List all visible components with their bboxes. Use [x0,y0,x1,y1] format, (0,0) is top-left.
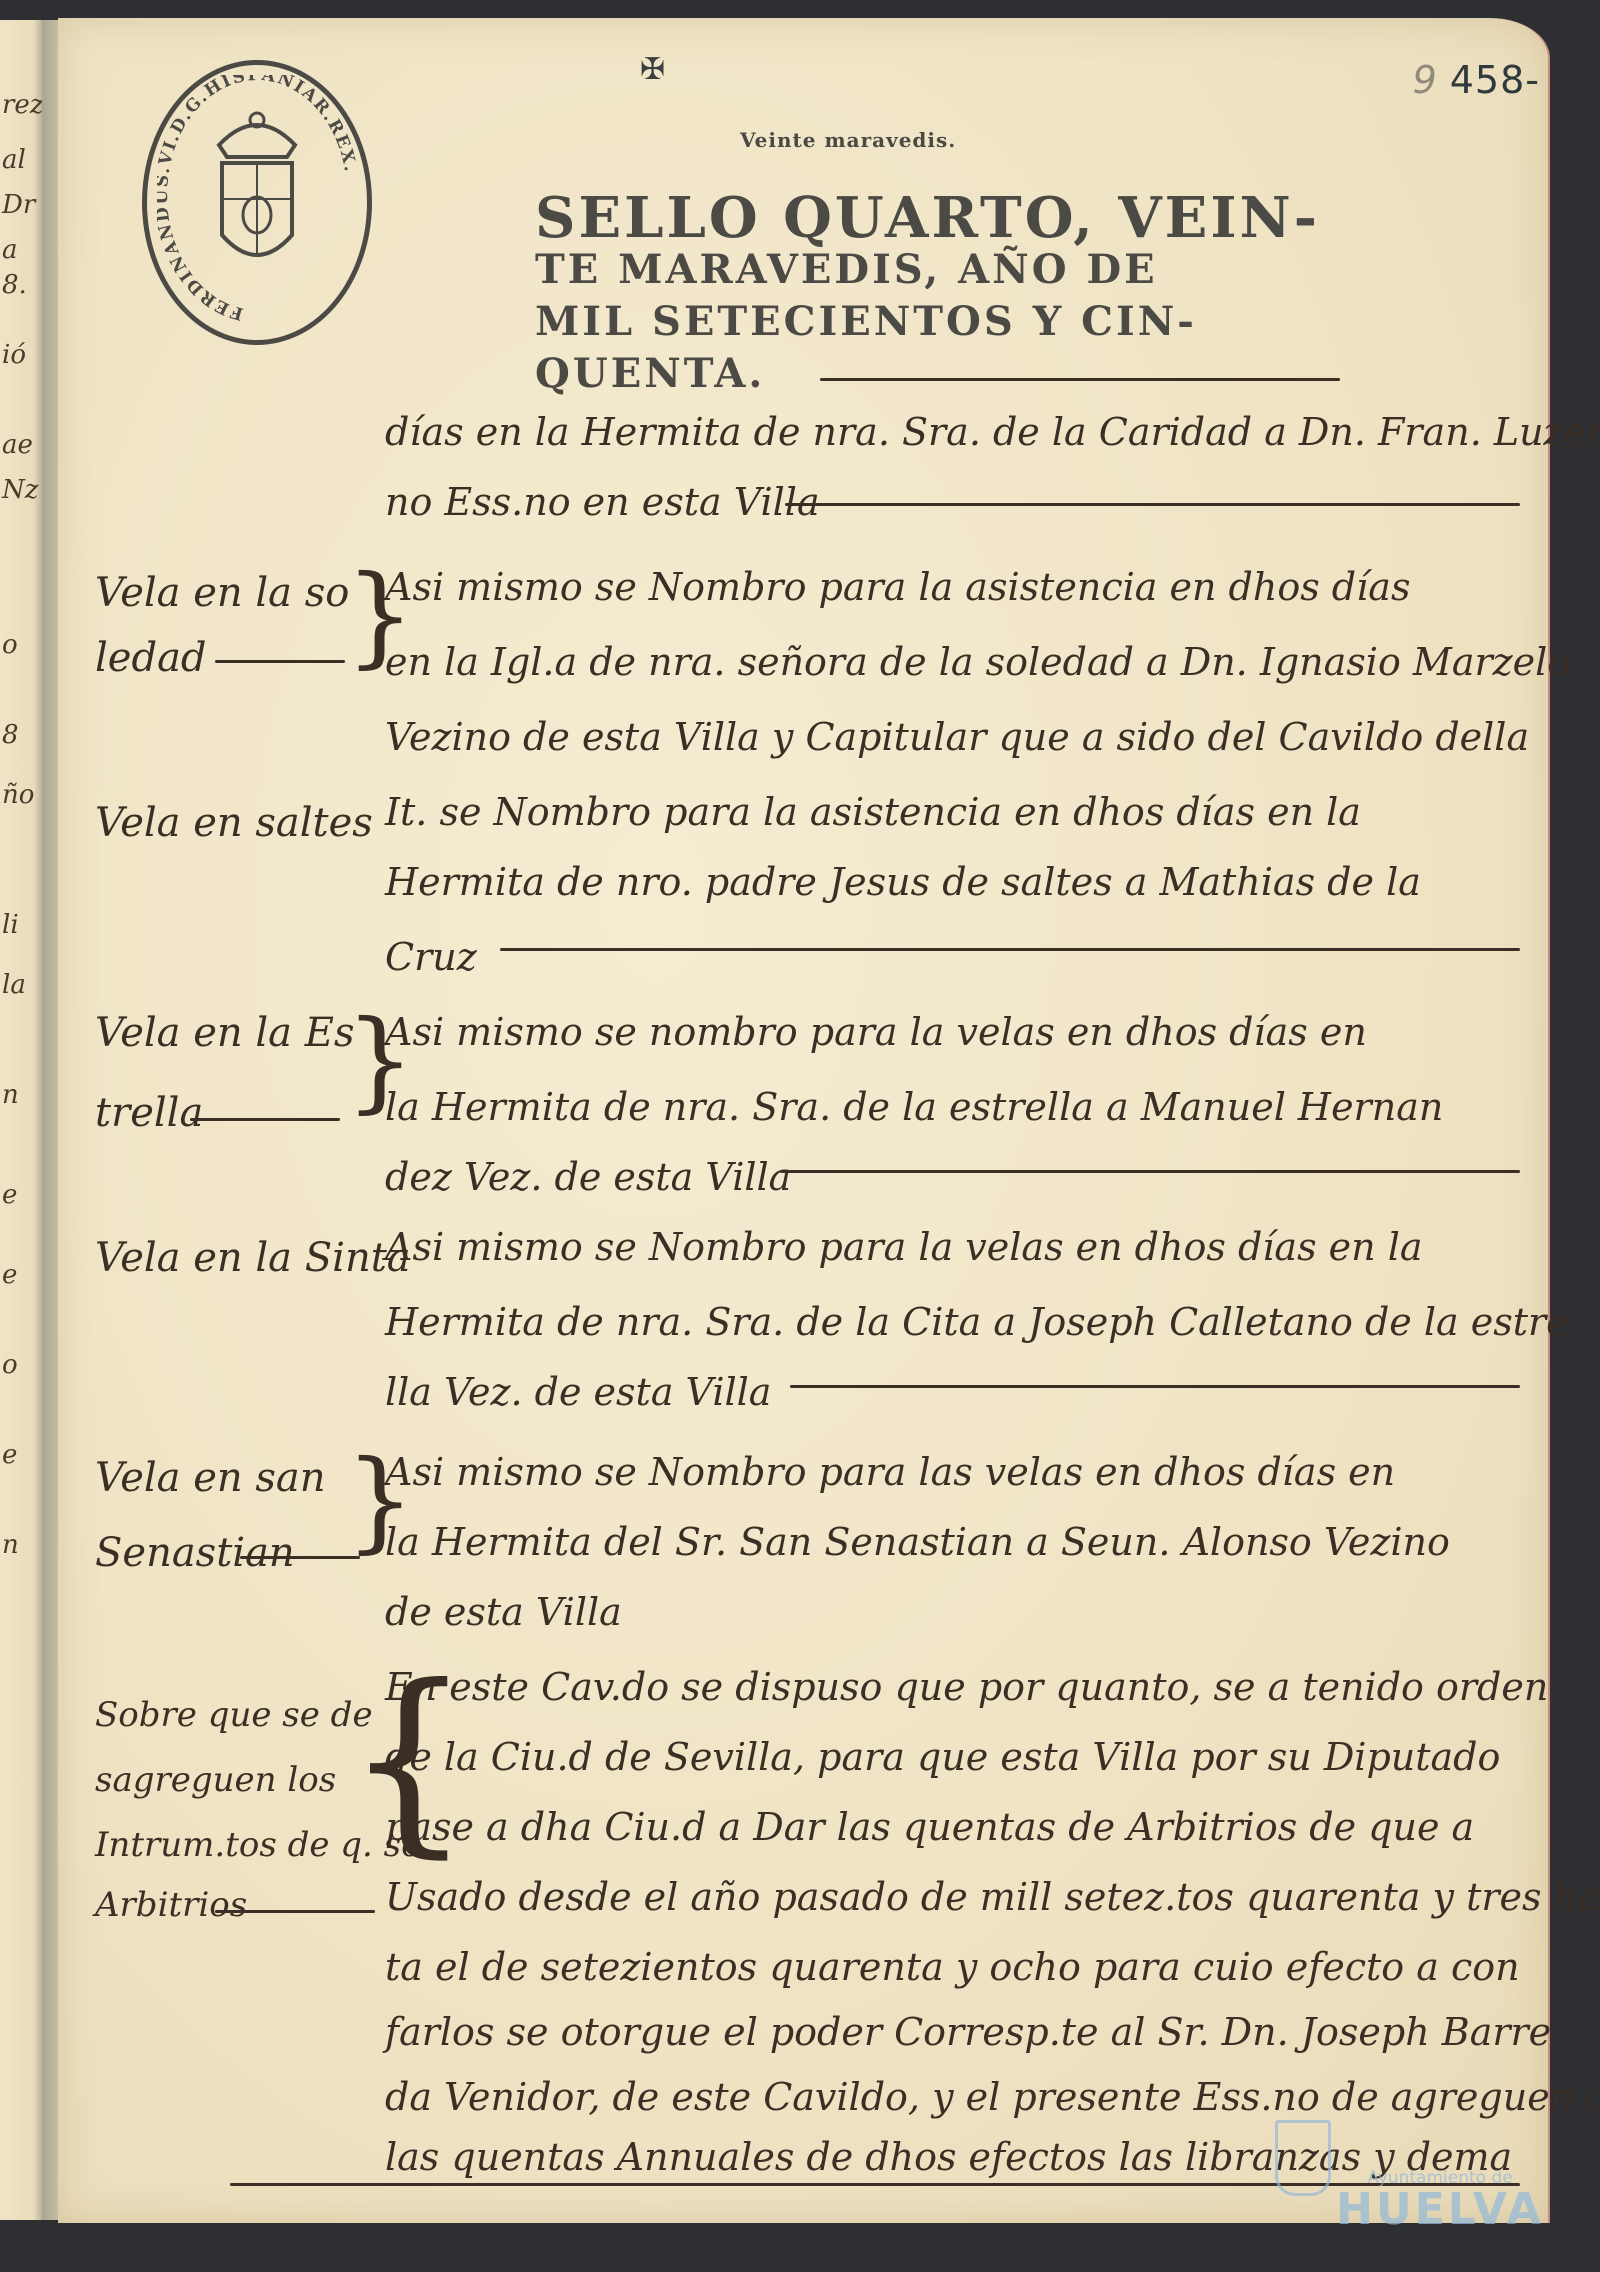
margin-note: Sobre que se de [95,1695,373,1735]
line-filler-rule [780,1170,1520,1173]
margin-note: trella [95,1090,203,1136]
fragment-text: Nz [2,475,38,505]
body-line: lla Vez. de esta Villa [385,1370,771,1414]
stamp-line: QUENTA. [535,348,1355,400]
fragment-text: 8. [2,270,27,300]
body-line: Vezino de esta Villa y Capitular que a s… [385,715,1529,759]
fragment-text: o [2,630,18,660]
fragment-text: a [2,235,18,265]
fragment-text: ae [2,430,33,460]
margin-note: Vela en saltes [95,800,373,846]
brace-icon: } [345,1445,415,1555]
fragment-text: la [2,970,26,1000]
body-line: no Ess.no en esta Villa [385,480,820,524]
margin-note: Vela en la Es [95,1010,354,1056]
fragment-text: e [2,1180,17,1210]
stamp-value-heading: Veinte maravedis. [740,128,956,152]
body-line: Asi mismo se Nombro para las velas en dh… [385,1450,1395,1494]
fragment-text: ño [2,780,34,810]
cross-mark: ✠ [640,52,665,87]
stamp-line: TE MARAVEDIS, AÑO DE [535,244,1355,296]
margin-connector-rule [240,1556,360,1559]
margin-note: Vela en san [95,1455,326,1501]
body-line: de esta Villa [385,1590,622,1634]
margin-note: Arbitrios [95,1885,247,1925]
body-line: la Hermita del Sr. San Senastian a Seun.… [385,1520,1450,1564]
body-line: la Hermita de nra. Sra. de la estrella a… [385,1085,1443,1129]
body-line: Asi mismo se nombro para la velas en dho… [385,1010,1367,1054]
stamp-line: MIL SETECIENTOS Y CIN- [535,296,1355,348]
body-line: días en la Hermita de nra. Sra. de la Ca… [385,410,1600,454]
fragment-text: li [2,910,19,940]
fragment-text: ió [2,340,26,370]
margin-connector-rule [190,1118,340,1121]
fragment-text: n [2,1530,19,1560]
line-filler-rule [785,503,1520,506]
body-line: Cruz [385,935,477,979]
fragment-text: n [2,1080,19,1110]
coat-of-arms-icon: FERDINANDUS.VI.D.G.HISPANIAR.REX. [157,75,357,330]
folio-pencil-number: 9 [1413,58,1438,102]
body-line: Asi mismo se Nombro para la velas en dho… [385,1225,1423,1269]
body-line: ta el de setezientos quarenta y ocho par… [385,1945,1520,1989]
adjacent-page-edge: rez al Dr a 8. ió ae Nz o 8 ño li la n e… [0,20,45,2220]
body-line: de la Ciu.d de Sevilla, para que esta Vi… [385,1735,1500,1779]
body-line: pase a dha Ciu.d a Dar las quentas de Ar… [385,1805,1474,1849]
margin-note: ledad [95,635,207,681]
margin-note: Senastian [95,1530,295,1576]
body-line: Hermita de nra. Sra. de la Cita a Joseph… [385,1300,1569,1344]
brace-icon: { [345,1660,472,1860]
watermark-title: HUELVA [1320,2184,1560,2235]
folio-ink-number: 458- [1450,58,1540,102]
fragment-text: rez [2,90,44,120]
brace-icon: } [345,1005,415,1115]
margin-note: sagreguen los [95,1760,336,1800]
body-line: en la Igl.a de nra. señora de la soledad… [385,640,1570,684]
margin-note: Vela en la so [95,570,349,616]
brace-icon: } [345,560,415,670]
margin-connector-rule [215,660,345,663]
stamp-underline [820,378,1340,381]
archive-watermark: Ayuntamiento de HUELVA [1320,2168,1560,2235]
stamp-line: SELLO QUARTO, VEIN- [535,192,1355,244]
body-line: Usado desde el año pasado de mill setez.… [385,1875,1600,1919]
body-line: Hermita de nro. padre Jesus de saltes a … [385,860,1421,904]
fragment-text: Dr [2,190,35,220]
fragment-text: e [2,1260,17,1290]
body-line: dez Vez. de esta Villa [385,1155,791,1199]
royal-seal-stamp: FERDINANDUS.VI.D.G.HISPANIAR.REX. [142,60,372,345]
fragment-text: e [2,1440,17,1470]
stamp-text-block: SELLO QUARTO, VEIN- TE MARAVEDIS, AÑO DE… [535,192,1355,400]
line-filler-rule [790,1385,1520,1388]
margin-note: Vela en la Sinta [95,1235,411,1281]
body-line: It. se Nombro para la asistencia en dhos… [385,790,1361,834]
body-line: farlos se otorgue el poder Corresp.te al… [385,2010,1551,2054]
fragment-text: 8 [2,720,19,750]
body-line: da Venidor, de este Cavildo, y el presen… [385,2075,1600,2119]
body-line: Asi mismo se Nombro para la asistencia e… [385,565,1410,609]
fragment-text: al [2,145,26,175]
folio-number: 9458- [1413,58,1540,102]
line-filler-rule [500,948,1520,951]
margin-connector-rule [215,1910,375,1913]
body-line: En este Cav.do se dispuso que por quanto… [385,1665,1548,1709]
fragment-text: o [2,1350,18,1380]
